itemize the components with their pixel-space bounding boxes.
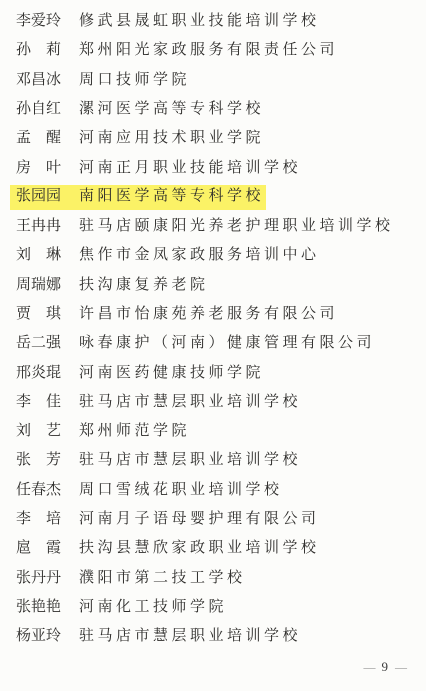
person-name: 邓昌冰	[16, 72, 62, 89]
row-line: 张丹丹 濮阳市第二技工学校	[16, 570, 246, 587]
person-name: 张丹丹	[16, 570, 62, 587]
page-number: — 9 —	[364, 659, 407, 675]
organization-name: 河南化工技师学院	[79, 599, 227, 616]
table-row: 李 佳 驻马店市慧层职业培训学校	[16, 388, 420, 417]
table-row: 邢炎琨 河南医药健康技师学院	[16, 359, 420, 388]
person-name: 扈 霞	[16, 540, 62, 557]
person-name: 刘 艺	[16, 423, 62, 440]
row-line: 刘 琳 焦作市金凤家政服务培训中心	[16, 247, 320, 264]
person-name: 刘 琳	[16, 247, 62, 264]
organization-name: 许昌市怡康苑养老服务有限公司	[79, 306, 338, 323]
table-row: 扈 霞 扶沟县慧欣家政职业培训学校	[16, 534, 420, 563]
table-row: 张园园 南阳医学高等专科学校	[16, 183, 420, 212]
row-line: 贾 琪 许昌市怡康苑养老服务有限公司	[16, 306, 338, 323]
table-row: 李爱玲 修武县晟虹职业技能培训学校	[16, 7, 420, 36]
row-line: 孙自红 漯河医学高等专科学校	[16, 101, 264, 118]
row-line: 扈 霞 扶沟县慧欣家政职业培训学校	[16, 540, 320, 557]
row-line: 张园园 南阳医学高等专科学校	[10, 185, 266, 209]
table-row: 周瑞娜 扶沟康复养老院	[16, 271, 420, 300]
organization-name: 河南月子语母婴护理有限公司	[79, 511, 320, 528]
organization-name: 南阳医学高等专科学校	[79, 188, 264, 205]
table-row: 岳二强 咏春康护（河南）健康管理有限公司	[16, 329, 420, 358]
page-number-value: 9	[382, 659, 389, 675]
person-name: 贾 琪	[16, 306, 62, 323]
organization-name: 驻马店颐康阳光养老护理职业培训学校	[79, 218, 394, 235]
person-name: 张 芳	[16, 452, 62, 469]
row-line: 李 佳 驻马店市慧层职业培训学校	[16, 394, 301, 411]
person-name: 房 叶	[16, 160, 62, 177]
organization-name: 修武县晟虹职业技能培训学校	[79, 13, 320, 30]
organization-name: 驻马店市慧层职业培训学校	[79, 394, 301, 411]
row-line: 邢炎琨 河南医药健康技师学院	[16, 365, 264, 382]
row-line: 孟 醒 河南应用技术职业学院	[16, 130, 264, 147]
organization-name: 扶沟康复养老院	[79, 277, 209, 294]
row-line: 李爱玲 修武县晟虹职业技能培训学校	[16, 13, 320, 30]
row-line: 邓昌冰 周口技师学院	[16, 72, 190, 89]
row-line: 岳二强 咏春康护（河南）健康管理有限公司	[16, 335, 375, 352]
table-row: 王冉冉 驻马店颐康阳光养老护理职业培训学校	[16, 212, 420, 241]
person-name: 李爱玲	[16, 13, 62, 30]
row-line: 孙 莉 郑州阳光家政服务有限责任公司	[16, 42, 338, 59]
organization-name: 焦作市金凤家政服务培训中心	[79, 247, 320, 264]
organization-name: 咏春康护（河南）健康管理有限公司	[79, 335, 375, 352]
person-name: 李 佳	[16, 394, 62, 411]
person-name: 王冉冉	[16, 218, 62, 235]
row-line: 张 芳 驻马店市慧层职业培训学校	[16, 452, 301, 469]
table-row: 刘 琳 焦作市金凤家政服务培训中心	[16, 241, 420, 270]
recipient-list: 李爱玲 修武县晟虹职业技能培训学校 孙 莉 郑州阳光家政服务有限责任公司 邓昌冰…	[16, 7, 420, 652]
row-line: 房 叶 河南正月职业技能培训学校	[16, 160, 301, 177]
table-row: 任春杰 周口雪绒花职业培训学校	[16, 476, 420, 505]
table-row: 张丹丹 濮阳市第二技工学校	[16, 564, 420, 593]
row-line: 张艳艳 河南化工技师学院	[16, 599, 227, 616]
organization-name: 周口雪绒花职业培训学校	[79, 482, 283, 499]
table-row: 孟 醒 河南应用技术职业学院	[16, 124, 420, 153]
table-row: 孙 莉 郑州阳光家政服务有限责任公司	[16, 36, 420, 65]
table-row: 李 培 河南月子语母婴护理有限公司	[16, 505, 420, 534]
row-line: 刘 艺 郑州师范学院	[16, 423, 190, 440]
table-row: 杨亚玲 驻马店市慧层职业培训学校	[16, 622, 420, 651]
person-name: 杨亚玲	[16, 628, 62, 645]
table-row: 张艳艳 河南化工技师学院	[16, 593, 420, 622]
person-name: 孟 醒	[16, 130, 62, 147]
table-row: 房 叶 河南正月职业技能培训学校	[16, 153, 420, 182]
row-line: 周瑞娜 扶沟康复养老院	[16, 277, 209, 294]
person-name: 张园园	[16, 188, 62, 205]
organization-name: 河南应用技术职业学院	[79, 130, 264, 147]
person-name: 任春杰	[16, 482, 62, 499]
table-row: 贾 琪 许昌市怡康苑养老服务有限公司	[16, 300, 420, 329]
row-line: 杨亚玲 驻马店市慧层职业培训学校	[16, 628, 301, 645]
organization-name: 漯河医学高等专科学校	[79, 101, 264, 118]
person-name: 岳二强	[16, 335, 62, 352]
table-row: 刘 艺 郑州师范学院	[16, 417, 420, 446]
table-row: 孙自红 漯河医学高等专科学校	[16, 95, 420, 124]
person-name: 孙自红	[16, 101, 62, 118]
organization-name: 驻马店市慧层职业培训学校	[79, 628, 301, 645]
organization-name: 河南医药健康技师学院	[79, 365, 264, 382]
organization-name: 扶沟县慧欣家政职业培训学校	[79, 540, 320, 557]
organization-name: 郑州师范学院	[79, 423, 190, 440]
organization-name: 河南正月职业技能培训学校	[79, 160, 301, 177]
row-line: 李 培 河南月子语母婴护理有限公司	[16, 511, 320, 528]
page-number-left-dash: —	[364, 660, 375, 675]
person-name: 邢炎琨	[16, 365, 62, 382]
page-number-right-dash: —	[395, 660, 406, 675]
table-row: 邓昌冰 周口技师学院	[16, 66, 420, 95]
table-row: 张 芳 驻马店市慧层职业培训学校	[16, 446, 420, 475]
person-name: 李 培	[16, 511, 62, 528]
organization-name: 周口技师学院	[79, 72, 190, 89]
organization-name: 濮阳市第二技工学校	[79, 570, 246, 587]
row-line: 任春杰 周口雪绒花职业培训学校	[16, 482, 283, 499]
row-line: 王冉冉 驻马店颐康阳光养老护理职业培训学校	[16, 218, 394, 235]
organization-name: 郑州阳光家政服务有限责任公司	[79, 42, 338, 59]
organization-name: 驻马店市慧层职业培训学校	[79, 452, 301, 469]
person-name: 周瑞娜	[16, 277, 62, 294]
document-page: 李爱玲 修武县晟虹职业技能培训学校 孙 莉 郑州阳光家政服务有限责任公司 邓昌冰…	[0, 0, 426, 691]
person-name: 张艳艳	[16, 599, 62, 616]
person-name: 孙 莉	[16, 42, 62, 59]
